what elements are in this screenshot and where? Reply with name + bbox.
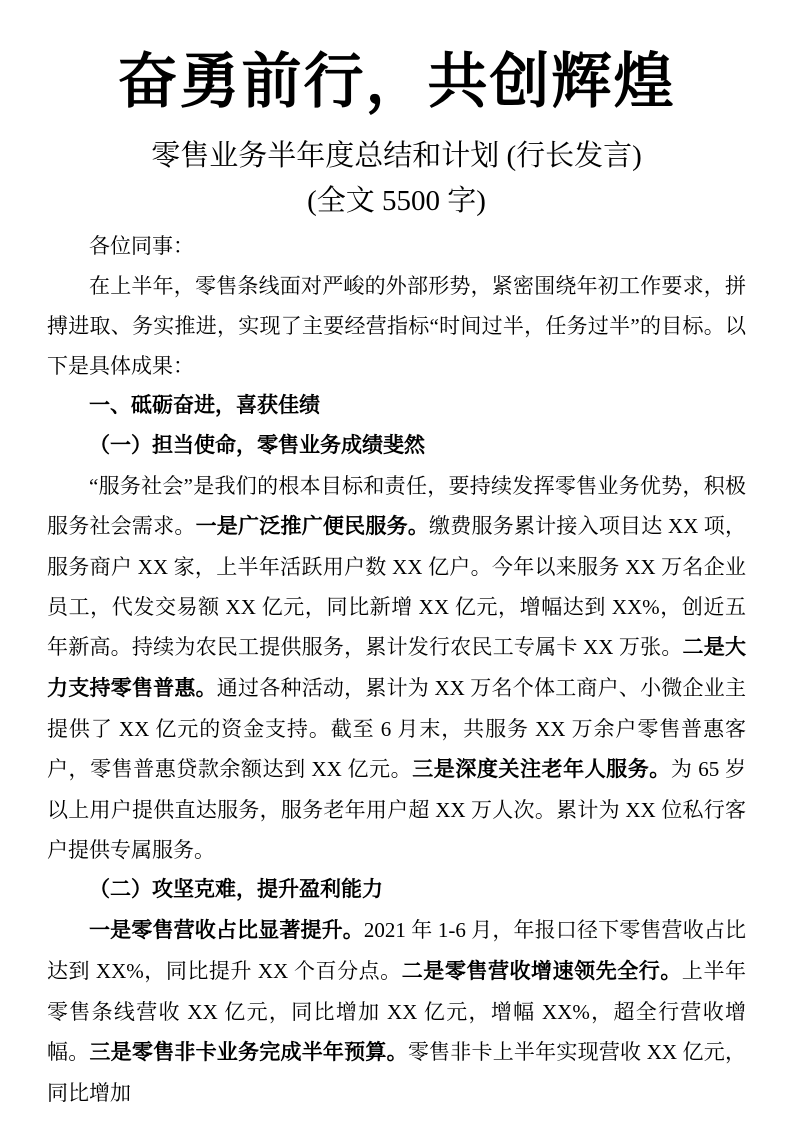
bold-text-run: （一）担当使命，零售业务成绩斐然: [89, 434, 425, 457]
paragraph: “服务社会”是我们的根本目标和责任，要持续发挥零售业务优势，积极服务社会需求。一…: [47, 466, 746, 870]
bold-text-run: （二）攻坚克难，提升盈利能力: [89, 878, 383, 901]
paragraph: 一是零售营收占比显著提升。2021 年 1-6 月，年报口径下零售营收占比达到 …: [47, 910, 746, 1113]
document-word-count: (全文 5500 字): [47, 179, 746, 224]
bold-text-run: 三是深度关注老年人服务。: [412, 758, 671, 781]
document-title: 奋勇前行，共创辉煌: [47, 44, 746, 120]
paragraph: 各位同事：: [47, 226, 746, 266]
bold-text-run: 一、砥砺奋进，喜获佳绩: [89, 394, 320, 417]
text-run: 各位同事：: [89, 234, 194, 258]
bold-text-run: 三是零售非卡业务完成半年预算。: [89, 1041, 407, 1064]
section-heading: （二）攻坚克难，提升盈利能力: [47, 870, 746, 910]
document-subtitle: 零售业务半年度总结和计划 (行长发言): [47, 134, 746, 179]
bold-text-run: 一是零售营收占比显著提升。: [89, 919, 364, 942]
document-body: 各位同事：在上半年，零售条线面对严峻的外部形势，紧密围绕年初工作要求，拼搏进取、…: [47, 226, 746, 1113]
section-heading: （一）担当使命，零售业务成绩斐然: [47, 426, 746, 466]
paragraph: 在上半年，零售条线面对严峻的外部形势，紧密围绕年初工作要求，拼搏进取、务实推进，…: [47, 266, 746, 386]
bold-text-run: 二是零售营收增速领先全行。: [402, 960, 682, 983]
bold-text-run: 一是广泛推广便民服务。: [196, 515, 429, 538]
text-run: 在上半年，零售条线面对严峻的外部形势，紧密围绕年初工作要求，拼搏进取、务实推进，…: [47, 274, 746, 378]
document-page: 奋勇前行，共创辉煌 零售业务半年度总结和计划 (行长发言) (全文 5500 字…: [0, 0, 793, 1122]
section-heading: 一、砥砺奋进，喜获佳绩: [47, 386, 746, 426]
